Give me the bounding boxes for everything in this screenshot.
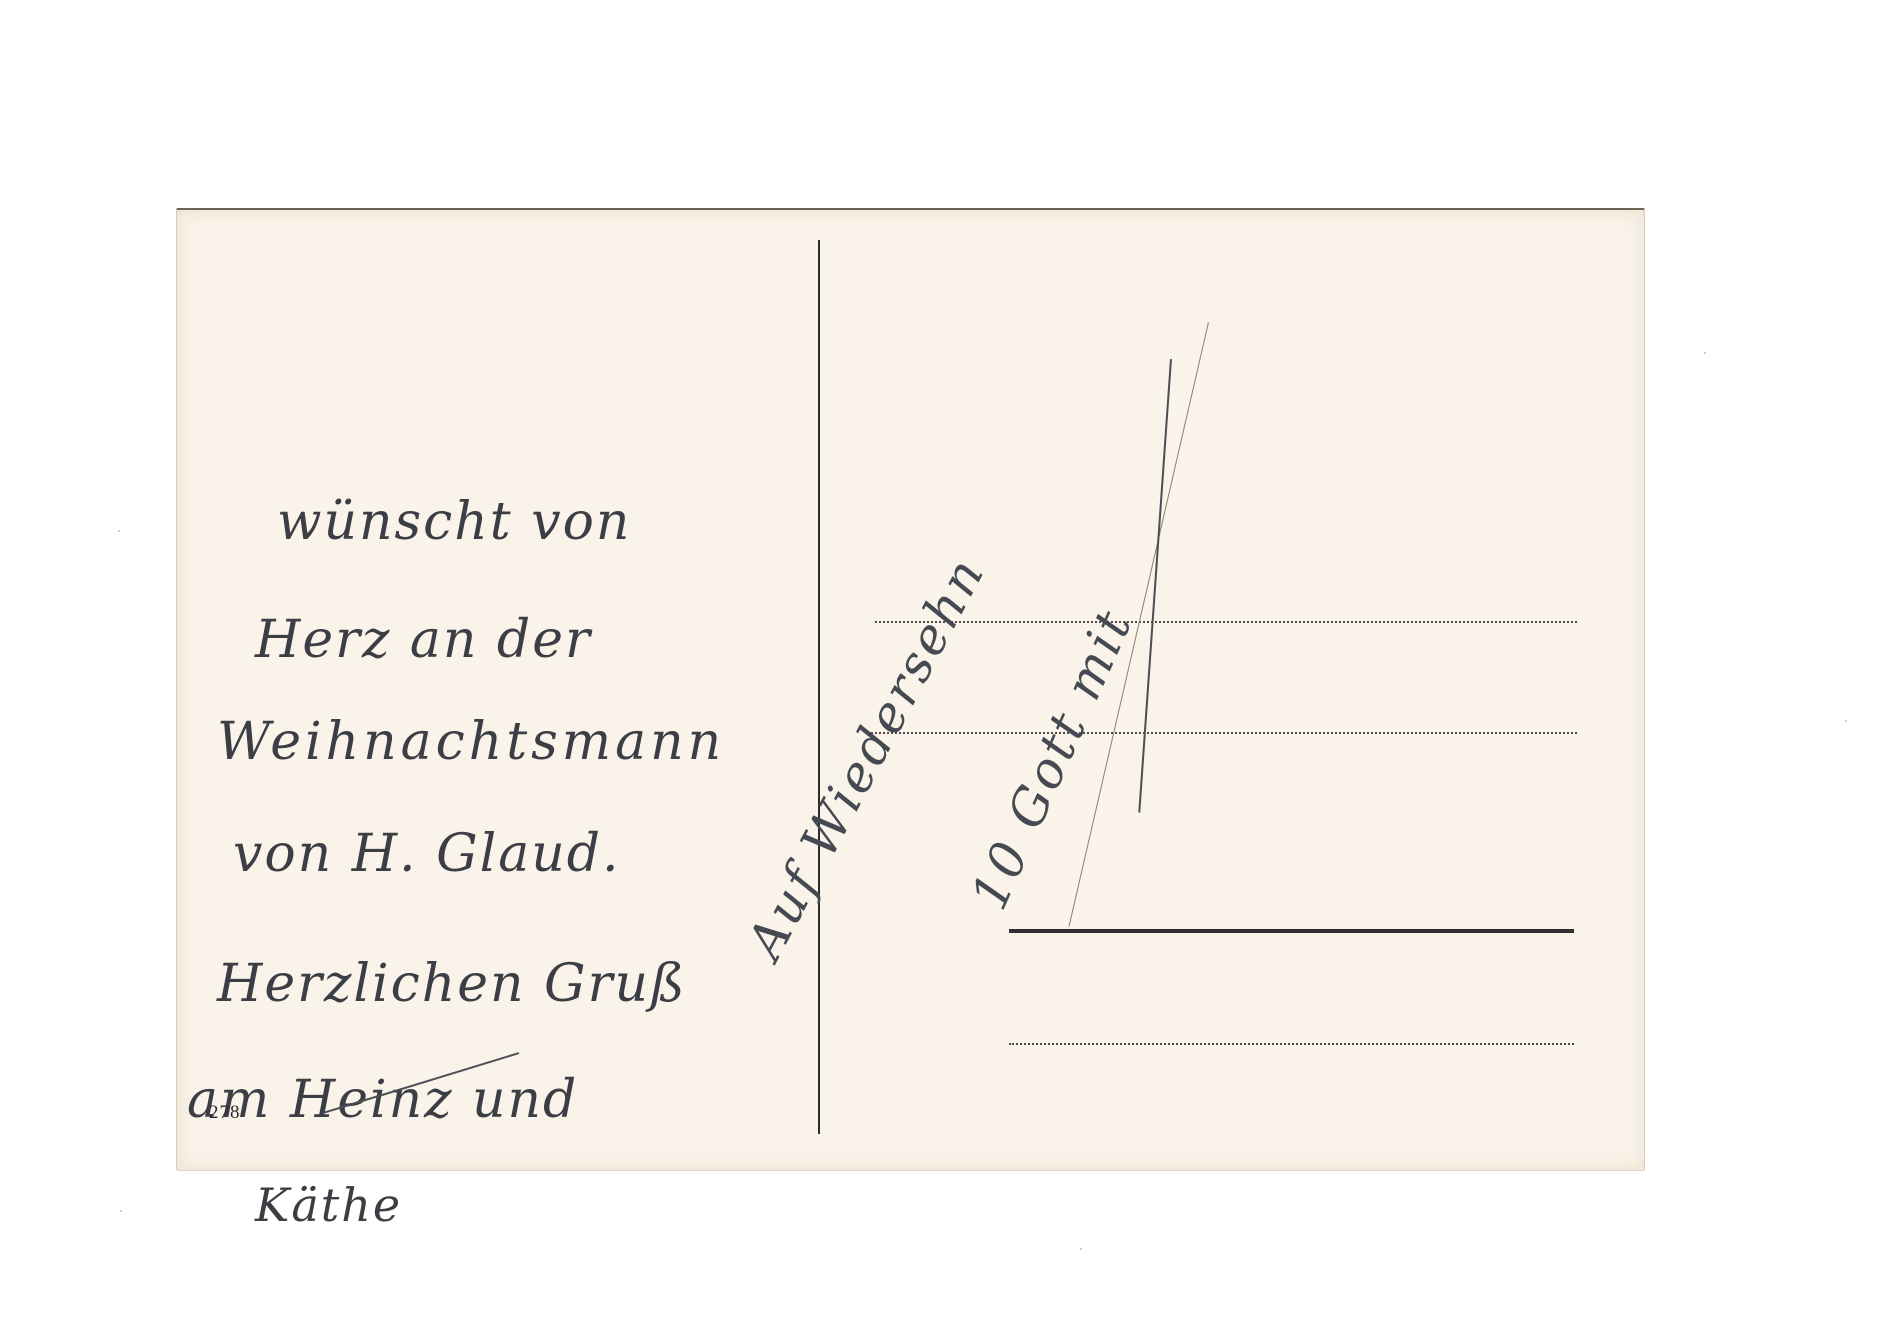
card-number: 278 xyxy=(209,1102,241,1124)
message-line-6: am Heinz und xyxy=(187,1070,578,1130)
address-line-4 xyxy=(1009,1043,1574,1045)
message-line-1: wünscht von xyxy=(277,492,631,552)
message-line-5: Herzlichen Gruß xyxy=(217,954,687,1014)
dust-speck xyxy=(118,530,120,532)
address-handwriting-2: 10 Gott mit xyxy=(960,600,1144,918)
dust-speck xyxy=(1845,720,1847,722)
message-line-2: Herz an der xyxy=(255,610,592,670)
address-line-1 xyxy=(875,621,1577,623)
address-line-2 xyxy=(871,732,1577,734)
message-line-7: Käthe xyxy=(255,1178,402,1232)
message-line-3: Weihnachtsmann xyxy=(217,712,725,772)
ink-stroke xyxy=(1138,359,1171,813)
message-line-4: von H. Glaud. xyxy=(233,824,621,884)
dust-speck xyxy=(1080,1248,1082,1250)
address-handwriting-1: Auf Wiedersehn xyxy=(736,547,997,968)
postcard: wünscht von Herz an der Weihnachtsmann v… xyxy=(176,208,1645,1171)
dust-speck xyxy=(120,1210,122,1212)
address-line-solid xyxy=(1009,929,1574,933)
dust-speck xyxy=(1704,352,1706,354)
center-divider-line xyxy=(818,240,820,1134)
